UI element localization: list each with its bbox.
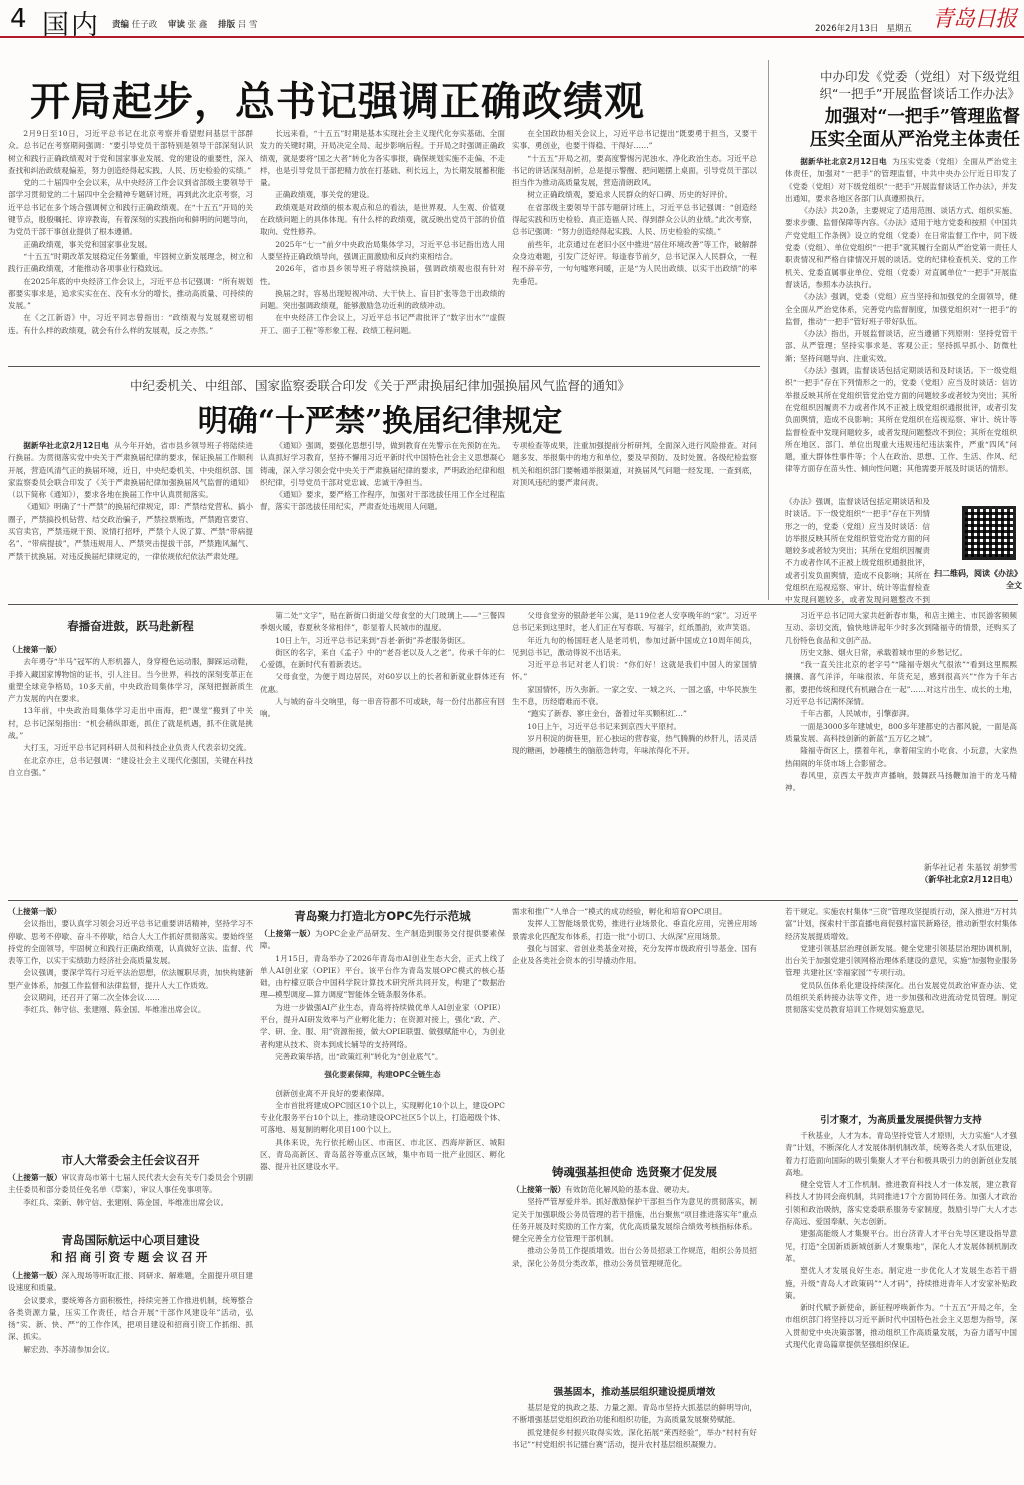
qr-caption: 扫二维码，阅读《办法》全文 [930,568,1022,592]
credit-name: 任子政 [132,20,158,30]
headline-line: 和招商引资专题会议召开 [8,1249,253,1266]
paragraph: 《办法》强调，监督谈话包括定期谈话和及时谈话。下一级党组织“一把手”存在下列情形… [785,365,1017,476]
paragraph: 健全党管人才工作机制。推进教育科技人才一体发展，建立教育科技人才协同会商机制，共… [785,1179,1017,1228]
column-divider [768,60,769,600]
paragraph: 10日上午，习近平总书记来到京西大平原村。 [512,721,757,733]
page-masthead: 4 国内 责编 任子政 审读 张 鑫 排版 吕 雪 2026年2月13日 星期五… [0,0,1024,38]
paragraph: 习近平总书记同大家共赶新春市集，和店主摊主、市民游客频频互动、亲切交流，愉快地讲… [785,610,1017,647]
dateline-lead: 据新华社北京2月12日电 [800,157,887,166]
paragraph: 抓党建促乡村振兴取得实效。深化拓展“莱西经验”，举办“村村有好书记”“村党组织书… [512,1427,757,1452]
article-column: 父母食堂旁的银龄老年公寓，是119位老人安享晚年的“家”。习近平总书记来到这里时… [512,610,757,896]
page-number: 4 [10,4,27,34]
paragraph: 去年勇夺“半马”冠军的人形机器人，身穿橙色运动服，脚踩运动鞋，手捧入藏国家博物馆… [8,656,253,705]
paragraph: 习近平总书记对老人们说：“你们好！这就是我们中国人的家国情怀。” [512,659,757,684]
paragraph: 《通知》强调，要强化思想引导，做到教育在先警示在先预防在先。认真抓好学习教育，坚… [260,440,505,489]
paragraph: 千年古都，人民城市，引擎澎湃。 [785,708,1017,720]
paragraph: “十五五”时期改革发展稳定任务繁重，牢固树立新发展理念，树立和践行正确政绩观，才… [8,251,253,276]
paragraph: 父母食堂，为便于周边居民，对60岁以上的长者和新就业群体还有优惠。 [260,671,505,696]
article-headline: 铸魂强基担使命 选贤聚才促发展 [512,1164,757,1181]
paragraph: 第二处“文字”，贴在新街口街道父母食堂的大门玻璃上——“三餐四季烟火暖，春夏秋冬… [260,610,505,635]
article-subhead: 引才聚才，为高质量发展提供智力支持 [785,1112,1017,1126]
paragraph: 党员队伍体系化建设持续深化。出台发展党员政治审查办法、党员组织关系转接办法等文件… [785,980,1017,1017]
article-column: 《办法》强调，监督谈话包括定期谈话和及时谈话。下一级党组织“一把手”存在下列情形… [785,496,930,604]
article-byline: 新华社记者 朱基钗 胡梦雪 （新华社北京2月12日电） [785,862,1017,898]
credit-name: 张 鑫 [188,20,208,30]
article-headline: 明确“十严禁”换届纪律规定 [0,396,760,440]
paragraph: 坚持严管厚爱并举。抓好激励保护干部担当作为意见的贯彻落实，制定关于加强职级公务员… [512,1196,757,1245]
paragraph: 家国情怀，历久弥新。一家之安、一城之兴、一国之盛，中华民族生生不息，历经磨难而不… [512,684,757,709]
paragraph: 《通知》明确了“十严禁”的换届纪律规定，即：严禁结党营私、搞小圈子，严禁搞投机钻… [8,501,253,562]
section-divider [8,604,1018,605]
paragraph: 树立正确政绩观，要追求人民群众的好口碑、历史的好评价。 [512,189,757,201]
paragraph: 会议要求，要统筹各方面积极性，持续完善工作推进机制，统筹整合各类资源力量，压实工… [8,1295,253,1344]
newspaper-logo: 青岛日报 [932,2,1016,33]
paragraph: 隆福寺街区上，摆着年礼，拿着闹宝的小吃食、小玩意，大家热热闹闹的年货市场上合影留… [785,745,1017,770]
paragraph: 需求和推广“人单合一”模式的成功经验，孵化和培育OPC项目。 [512,906,757,918]
paragraph: 岁月积淀的街巷里，匠心独运的营春宴，热气腾腾的炒肝儿，活灵活现的糖画，妙趣横生的… [512,733,757,758]
paragraph: 正确政绩观，事关党和国家事业发展。 [8,239,253,251]
qr-code[interactable] [962,506,1016,560]
paragraph: 建强高能级人才集聚平台。出台济青人才平台先导区建设指导意见，打造“全国新质新城创… [785,1228,1017,1265]
article-headline: 开局起步，总书记强调正确政绩观 [30,70,645,127]
reporter-names: 新华社记者 朱基钗 胡梦雪 [785,862,1017,874]
continued-marker: （上接第一版） [260,929,315,938]
continued-marker: （上接第一版） [8,644,253,656]
article-column: 长远来看，“十五五”时期是基本实现社会主义现代化夯实基础、全面发力的关键时期，开… [260,128,505,364]
paragraph: 全市首批将建成OPC园区10个以上，实现孵化10个以上，建设OPC专业化服务平台… [260,1100,505,1137]
paragraph: 强化与国家、省创业类基金对接，充分发挥市级政府引导基金、国有企业及各类社会资本的… [512,943,757,968]
article-column: （上接第一版）审议青岛市第十七届人民代表大会有关专门委员会个别副主任委员和部分委… [8,1172,253,1224]
paragraph: 年近九旬的杨国旺老人是老司机，参加过新中国成立10周年阅兵，见到总书记，激动得说… [512,635,757,660]
paragraph: 推动公务员工作提质增效。出台公务员招录工作规范，组织公务员招录，深化公务员分类改… [512,1245,757,1270]
headline-line: 青岛国际航运中心项目建设 [8,1232,253,1249]
article-column: 千秋基业，人才为本。青岛坚持党管人才原则，大力实施“人才强青”计划，不断深化人才… [785,1130,1017,1482]
paragraph: 新时代赋予新使命，新征程呼唤新作为。“十五五”开局之年，全市组织部门将坚持以习近… [785,1302,1017,1351]
paragraph: 在中央经济工作会议上，习近平总书记严肃批评了“数字出水”“虚假开工、面子工程”等… [260,312,505,337]
article-column: 据新华社北京2月12日电 为压实党委（党组）全面从严治党主体责任，加强对“一把手… [785,156,1017,496]
date-text: 2026年2月13日 [815,24,878,34]
article-column: 若干规定。实施农村集体“三资”管理攻坚提质行动，深入推进“万村共富”计划，探索村… [785,906,1017,1128]
paragraph: 《办法》指出，开展监督谈话，应当遵循下列原则：坚持党管干部、从严管理；坚持实事求… [785,328,1017,365]
paragraph: 历史文脉、烟火日常，承载着城市里的乡愁记忆。 [785,647,1017,659]
article-column: （上接第一版）深入现场等听取汇报、同研求、解难题，全面提升项目建设速度和质量。 … [8,1270,253,1482]
article-column: （上接第一版） 去年勇夺“半马”冠军的人形机器人，身穿橙色运动服，脚踩运动鞋，手… [8,644,253,896]
article-subhead: 强基固本，推动基层组织建设提质增效 [512,1384,757,1398]
article-column: 需求和推广“人单合一”模式的成功经验，孵化和培育OPC项目。 发挥人工智能场景优… [512,906,757,1164]
paragraph: 在省部级主要领导干部专题研讨班上，习近平总书记强调：“创造经得起实践和历史检验、… [512,202,757,239]
paragraph: 1月15日，青岛举办了2026年青岛市AI创业生态大会，正式上线了单人AI创业家… [260,953,505,1002]
paragraph: 完善政策举措，出“政策红利”转化为“创业底气”。 [260,1051,505,1063]
article-headline: 春播奋进鼓，跃马赴新程 [8,618,253,635]
article-column: 在全国政协相关会议上，习近平总书记提出“既要勇于担当，又要干实事、勇创业，也要干… [512,128,757,364]
paragraph: 千秋基业，人才为本。青岛坚持党管人才原则，大力实施“人才强青”计划，不断深化人才… [785,1130,1017,1179]
credit-role: 排版 [218,20,235,30]
paragraph: 一面是3000多年建城史，800多年建都史的古都风貌，一面是高质量发展、高科技创… [785,721,1017,746]
paragraph: 在2025年底的中央经济工作会议上，习近平总书记强调：“所有规划都要实事求是，追… [8,276,253,313]
paragraph: 党建引领基层治理创新发展。健全党建引领基层治理协调机制，出台关于加强党建引领网格… [785,943,1017,980]
paragraph: 发挥人工智能场景优势，推进行业场景化、垂直化应用，完善应用场景需求化匹配发布体系… [512,918,757,943]
headline-line: 压实全面从严治党主体责任 [790,129,1020,152]
continued-marker: （上接第一版） [8,906,253,918]
masthead-divider [0,36,1024,38]
paragraph: 正确政绩观，事关党的建设。 [260,189,505,201]
paragraph: 人与城的奋斗交响里，每一串音符都不可或缺，每一份付出都应有回响。 [260,696,505,721]
paragraph: 政绩观是对政绩的根本观点和总的看法，是世界观、人生观、价值观在政绩问题上的具体体… [260,202,505,239]
section-divider [8,900,1018,901]
article-column: （上接第一版）为OPC企业产品研发、生产制造到服务交付提供要素保障。 1月15日… [260,928,505,1482]
paragraph: “十五五”开局之初，要高度警惕污泥浊水、净化政治生态。习近平总书记的讲话深刻剖析… [512,153,757,190]
paragraph: 有效防范化解风险的基本盘、硬功夫。 [565,1185,694,1194]
paragraph: 2025年“七一”前夕中央政治局集体学习，习近平总书记指出选人用人要坚持正确政绩… [260,239,505,264]
article-column: 《通知》强调，要强化思想引导，做到教育在先警示在先预防在先。认真抓好学习教育，坚… [260,440,505,602]
credit-role: 责编 [112,20,129,30]
credit-role: 审读 [168,20,185,30]
article-headline: 市人大常委会主任会议召开 [8,1152,253,1169]
paragraph: 前些年，北京通过在老旧小区中推进“居住环境改善”等工作，破解群众身边难题，引发广… [512,239,757,288]
editor-credits: 责编 任子政 审读 张 鑫 排版 吕 雪 [112,18,257,30]
paragraph: 大打玉，习近平总书记同科研人员和科技企业负责人代表亲切交流。 [8,742,253,754]
article-column: 第二处“文字”，贴在新街口街道父母食堂的大门玻璃上——“三餐四季烟火暖，春夏秋冬… [260,610,505,896]
article-kicker: 中办印发《党委（党组）对下级党组织“一把手”开展监督谈话工作办法》 [790,68,1020,102]
section-divider [8,366,760,367]
paragraph: 《办法》共20条，主要规定了适用范围、谈话方式、组织实施、要求步骤、监督保障等内… [785,205,1017,291]
issue-date: 2026年2月13日 星期五 [815,22,912,34]
article-column: （上接第一版）有效防范化解风险的基本盘、硬功夫。 坚持严管厚爱并举。抓好激励保护… [512,1184,757,1374]
paragraph: 父母食堂旁的银龄老年公寓，是119位老人安享晚年的“家”。习近平总书记来到这里时… [512,610,757,635]
dateline-lead: 据新华社北京2月12日电 [23,441,109,450]
article-headline: 青岛聚力打造北方OPC先行示范城 [260,908,505,925]
paragraph: 会议指出，要认真学习领会习近平总书记重要讲话精神，坚持学习不停歇、思考不停歇、奋… [8,918,253,967]
paragraph: 李红兵、栾新、韩守信、张建刚、陈金国、毕维准出席会议。 [8,1197,253,1209]
paragraph: 《办法》强调，监督谈话包括定期谈话和及时谈话。下一级党组织“一把手”存在下列情形… [785,496,930,604]
paragraph: 基层是党的执政之基、力量之源。青岛市坚持大抓基层的鲜明导向，不断增强基层党组织政… [512,1402,757,1427]
paragraph: 10日上午，习近平总书记来到“吾老·新街”养老服务街区。 [260,635,505,647]
paragraph: 具体来说，先行依托崂山区、市南区、市北区、西海岸新区、城阳区、青岛高新区、青岛蓝… [260,1137,505,1174]
article-column: （上接第一版） 会议指出，要认真学习领会习近平总书记重要讲话精神，坚持学习不停歇… [8,906,253,1146]
paragraph: 创新创业离不开良好的要素保障。 [260,1088,505,1100]
credit-name: 吕 雪 [238,20,258,30]
continued-marker: （上接第一版） [512,1185,565,1194]
paragraph: 长远来看，“十五五”时期是基本实现社会主义现代化夯实基础、全面发力的关键时期，开… [260,128,505,189]
article-column: 基层是党的执政之基、力量之源。青岛市坚持大抓基层的鲜明导向，不断增强基层党组织政… [512,1402,757,1482]
paragraph: “跑实了新春、寥庄金台，备着过年买颗积红…” [512,708,757,720]
paragraph: 塑优人才发展良好生态。制定进一步优化人才发展生态若干措施，升级“青岛人才政策码”… [785,1265,1017,1302]
paragraph: 2月9日至10日，习近平总书记在北京考察并看望慰问基层干部群众。总书记在考察期间… [8,128,253,177]
paragraph: 李红兵、韩守信、张建刚、陈金国、毕维准出席会议。 [8,1004,253,1016]
article-column: 专项检查等成果，注重加强提前分析研判，全面深入进行风险排查。对问题多发、举报集中… [512,440,757,602]
paragraph: 为进一步做强AI产业生态，青岛将持续做优单人AI创业家（OPIE）平台，提升AI… [260,1002,505,1051]
paragraph: 《办法》强调，党委（党组）应当坚持和加强党的全面领导，健全全面从严治党体系，完善… [785,291,1017,328]
paragraph: 解宏劲、李苏清参加会议。 [8,1344,253,1356]
continued-marker: （上接第一版） [8,1173,62,1182]
article-headline: 加强对“一把手”管理监督 压实全面从严治党主体责任 [790,106,1020,152]
paragraph: 《通知》要求，要严格工作程序，加强对干部选拔任用工作全过程监督，落实干部选拔任用… [260,489,505,514]
paragraph: 会议强调，要深学笃行习近平法治思想，依法履职尽责，加快构建新型产业体系，加强工作… [8,967,253,992]
headline-line: 加强对“一把手”管理监督 [790,106,1020,129]
paragraph: 会议期间，还召开了第二次全体会议…… [8,992,253,1004]
paragraph: “我一直关注北京的老字号”“隆福寺烟火气很浓”“看到这里熙熙攘攘、喜气洋洋，年味… [785,659,1017,708]
article-headline: 青岛国际航运中心项目建设 和招商引资专题会议召开 [8,1232,253,1266]
article-source: （新华社北京2月12日电） [785,874,1017,886]
paragraph: 在《之江新语》中，习近平同志曾指出：“政绩观与发展观密切相连。有什么样的政绩观，… [8,312,253,337]
paragraph: 党的二十届四中全会以来，从中央经济工作会议到省部级主要领导干部学习贯彻党的二十届… [8,177,253,238]
article-kicker: 中纪委机关、中组部、国家监察委联合印发《关于严肃换届纪律加强换届风气监督的通知》 [0,376,760,394]
paragraph: 13年前，中央政治局集体学习走出中南海，把“课堂”搬到了中关村，总书记深刻指出：… [8,705,253,742]
paragraph: 专项检查等成果，注重加强提前分析研判，全面深入进行风险排查。对问题多发、举报集中… [512,440,757,489]
paragraph: 若干规定。实施农村集体“三资”管理攻坚提质行动，深入推进“万村共富”计划，探索村… [785,906,1017,943]
paragraph: 2026年，省市县乡领导班子将陆续换届，强调政绩观也很有针对性。 [260,263,505,288]
article-column: 习近平总书记同大家共赶新春市集，和店主摊主、市民游客频频互动、亲切交流，愉快地讲… [785,610,1017,896]
paragraph: 春风里，京西太平鼓声声播响，鼓舞跃马扬鞭加油干的龙马精神。 [785,770,1017,795]
paragraph: 在北京亦庄，总书记强调：“建设社会主义现代化强国，关键在科技自立自强。” [8,755,253,780]
weekday-text: 星期五 [886,24,912,34]
paragraph: 换届之时，容易出现短视冲动、大干快上、盲目扩张等急于出政绩的问题。突出强调政绩观… [260,288,505,313]
continued-marker: （上接第一版） [8,1271,62,1280]
paragraph: 在全国政协相关会议上，习近平总书记提出“既要勇于担当，又要干实事、勇创业，也要干… [512,128,757,153]
paragraph: 街区的名字，来自《孟子》中的“老吾老以及人之老”。传承千年的仁心爱德，在新时代有… [260,647,505,672]
article-column: 2月9日至10日，习近平总书记在北京考察并看望慰问基层干部群众。总书记在考察期间… [8,128,253,364]
article-column: 据新华社北京2月12日电 从今年开始，省市县乡领导班子将陆续进行换届。为贯彻落实… [8,440,253,602]
article-subhead: 强化要素保障，构建OPC全链生态 [260,1069,505,1081]
